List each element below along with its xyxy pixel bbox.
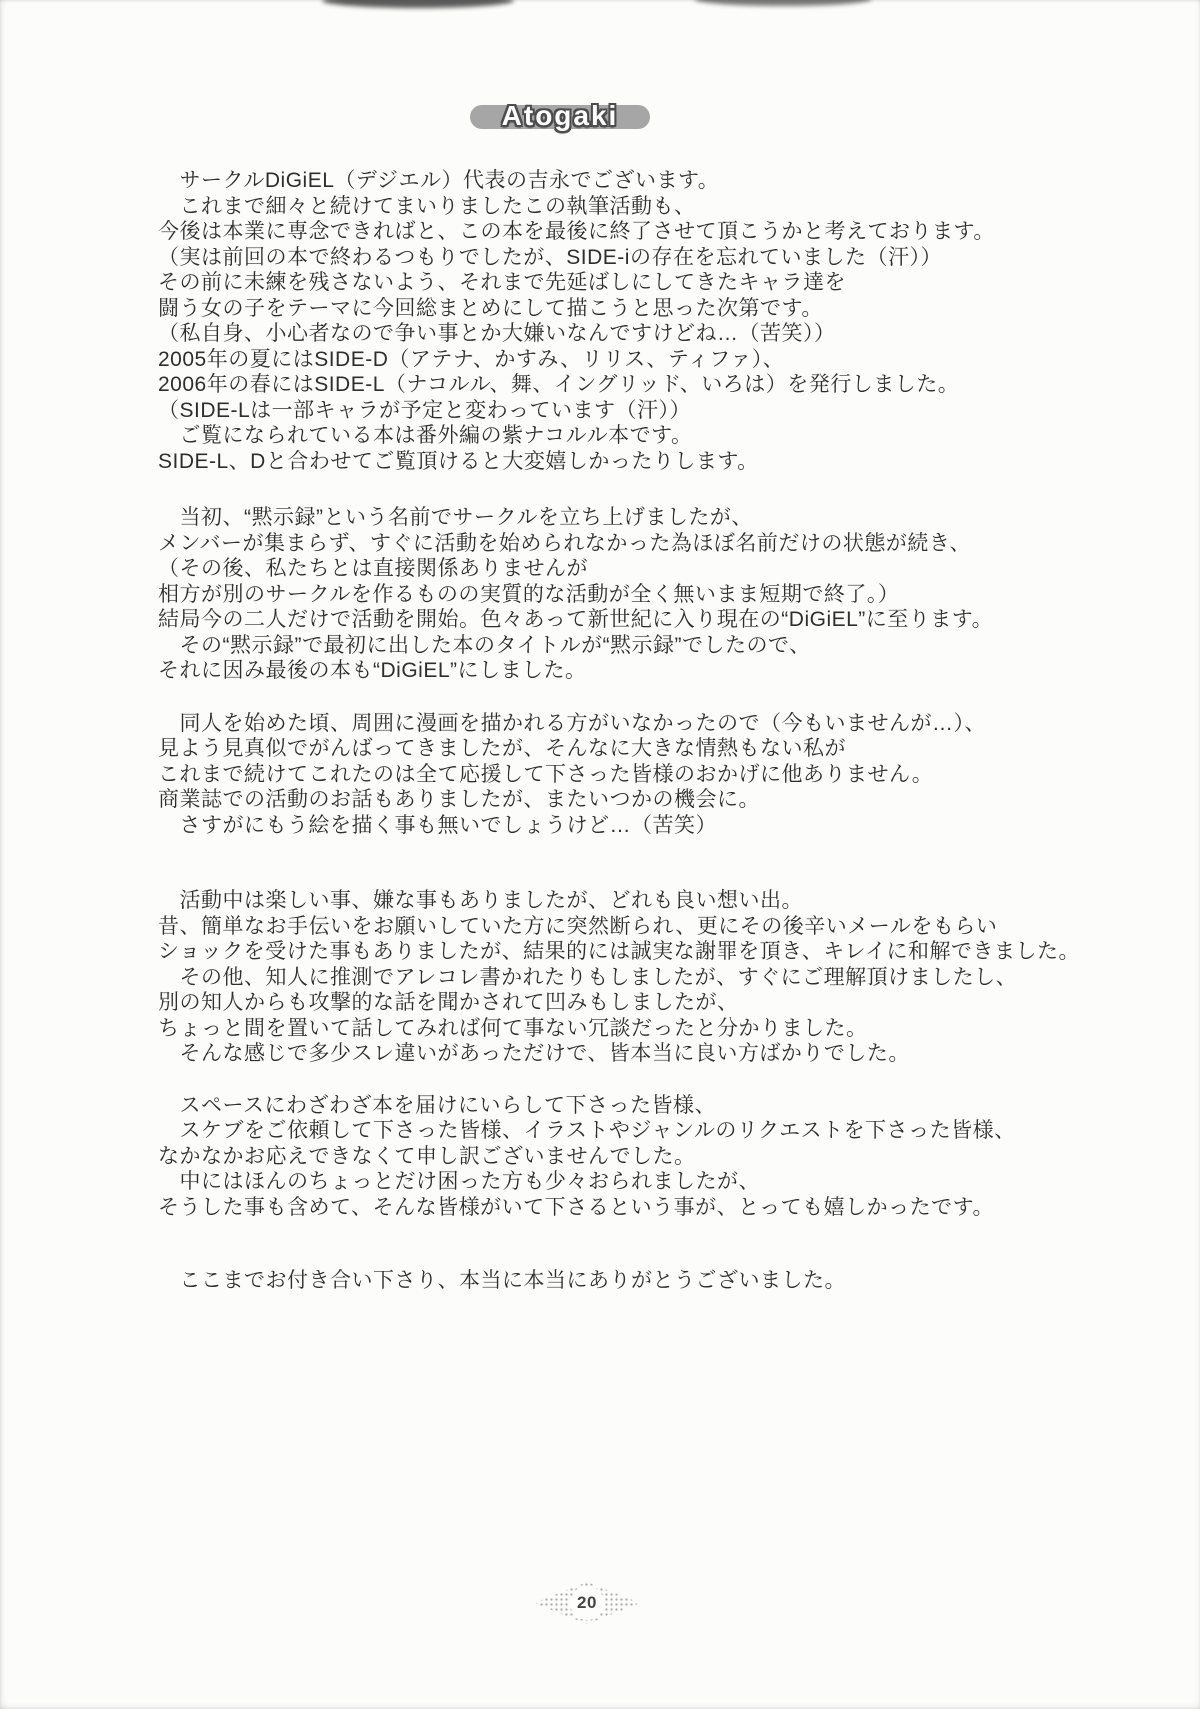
text-line: 2006年の春にはSIDE-L（ナコルル、舞、イングリッド、いろは）を発行しまし…: [158, 372, 1118, 398]
text-line: 見よう見真似でがんばってきましたが、そんなに大きな情熱もない私が: [158, 736, 1118, 762]
text-line: スペースにわざわざ本を届けにいらして下さった皆様、: [158, 1093, 1118, 1119]
text-line: サークルDiGiEL（デジエル）代表の吉永でございます。: [158, 168, 1118, 194]
text-line: ちょっと間を置いて話してみれば何て事ない冗談だったと分かりました。: [158, 1016, 1118, 1042]
document-page: Atogaki サークルDiGiEL（デジエル）代表の吉永でございます。 これま…: [0, 0, 1200, 1709]
text-line: 当初、“黙示録”という名前でサークルを立ち上げましたが、: [158, 505, 1118, 531]
paragraph: 同人を始めた頃、周囲に漫画を描かれる方がいなかったので（今もいませんが…）、 見…: [158, 711, 1118, 839]
paragraph: 当初、“黙示録”という名前でサークルを立ち上げましたが、 メンバーが集まらず、す…: [158, 505, 1118, 684]
text-line: ご覧になられている本は番外編の紫ナコルル本です。: [158, 423, 1118, 449]
text-line: 別の知人からも攻撃的な話を聞かされて凹みもしましたが、: [158, 990, 1118, 1016]
text-line: それに因み最後の本も“DiGiEL”にしました。: [158, 658, 1118, 684]
text-line: 昔、簡単なお手伝いをお願いしていた方に突然断られ、更にその後辛いメールをもらい: [158, 914, 1118, 940]
text-line: スケブをご依頼して下さった皆様、イラストやジャンルのリクエストを下さった皆様、: [158, 1118, 1118, 1144]
text-line: ショックを受けた事もありましたが、結果的には誠実な謝罪を頂き、キレイに和解できま…: [158, 939, 1118, 965]
text-line: SIDE-L、Dと合わせてご覧頂けると大変嬉しかったりします。: [158, 449, 1118, 475]
text-line: そんな感じで多少スレ違いがあっただけで、皆本当に良い方ばかりでした。: [158, 1041, 1118, 1067]
text-line: その“黙示録”で最初に出した本のタイトルが“黙示録”でしたので、: [158, 633, 1118, 659]
text-line: その前に未練を残さないよう、それまで先延ばしにしてきたキャラ達を: [158, 270, 1118, 296]
text-line: これまで続けてこれたのは全て応援して下さった皆様のおかげに他ありません。: [158, 762, 1118, 788]
scan-artifact: [322, 0, 514, 8]
scan-artifact: [694, 0, 872, 6]
text-line: なかなかお応えできなくて申し訳ございませんでした。: [158, 1144, 1118, 1170]
paragraph: スペースにわざわざ本を届けにいらして下さった皆様、 スケブをご依頼して下さった皆…: [158, 1093, 1118, 1221]
text-line: （その後、私たちとは直接関係ありませんが: [158, 556, 1118, 582]
page-number: 20: [570, 1586, 604, 1620]
text-line: 今後は本業に専念できればと、この本を最後に終了させて頂こうかと考えております。: [158, 219, 1118, 245]
text-line: 結局今の二人だけで活動を開始。色々あって新世紀に入り現在の“DiGiEL”に至り…: [158, 607, 1118, 633]
page-header: Atogaki: [0, 100, 1200, 132]
text-line: 2005年の夏にはSIDE-D（アテナ、かすみ、リリス、ティファ）、: [158, 347, 1118, 373]
page-number-ornament: 20: [534, 1582, 640, 1624]
text-line: 闘う女の子をテーマに今回総まとめにして描こうと思った次第です。: [158, 296, 1118, 322]
text-line: そうした事も含めて、そんな皆様がいて下さるという事が、とっても嬉しかったです。: [158, 1195, 1118, 1221]
text-line: さすがにもう絵を描く事も無いでしょうけど…（苦笑）: [158, 813, 1118, 839]
text-line: メンバーが集まらず、すぐに活動を始められなかった為ほぼ名前だけの状態が続き、: [158, 531, 1118, 557]
text-line: （SIDE-Lは一部キャラが予定と変わっています（汗））: [158, 398, 1118, 424]
text-line: これまで細々と続けてまいりましたこの執筆活動も、: [158, 194, 1118, 220]
text-line: ここまでお付き合い下さり、本当に本当にありがとうございました。: [158, 1268, 1118, 1294]
paragraph: サークルDiGiEL（デジエル）代表の吉永でございます。 これまで細々と続けてま…: [158, 168, 1118, 474]
text-line: 商業誌での活動のお話もありましたが、またいつかの機会に。: [158, 787, 1118, 813]
text-line: （私自身、小心者なので争い事とか大嫌いなんですけどね…（苦笑））: [158, 321, 1118, 347]
text-line: その他、知人に推測でアレコレ書かれたりもしましたが、すぐにご理解頂けましたし、: [158, 965, 1118, 991]
text-line: 同人を始めた頃、周囲に漫画を描かれる方がいなかったので（今もいませんが…）、: [158, 711, 1118, 737]
text-line: 中にはほんのちょっとだけ困った方も少々おられましたが、: [158, 1169, 1118, 1195]
text-line: 相方が別のサークルを作るものの実質的な活動が全く無いまま短期で終了。）: [158, 582, 1118, 608]
text-line: 活動中は楽しい事、嫌な事もありましたが、どれも良い想い出。: [158, 888, 1118, 914]
paragraph: ここまでお付き合い下さり、本当に本当にありがとうございました。: [158, 1268, 1118, 1294]
afterword-text: サークルDiGiEL（デジエル）代表の吉永でございます。 これまで細々と続けてま…: [158, 168, 1118, 1294]
title-badge: Atogaki: [472, 100, 649, 132]
paragraph: 活動中は楽しい事、嫌な事もありましたが、どれも良い想い出。 昔、簡単なお手伝いを…: [158, 888, 1118, 1067]
text-line: （実は前回の本で終わるつもりでしたが、SIDE-iの存在を忘れていました（汗））: [158, 245, 1118, 271]
page-title: Atogaki: [502, 100, 619, 132]
